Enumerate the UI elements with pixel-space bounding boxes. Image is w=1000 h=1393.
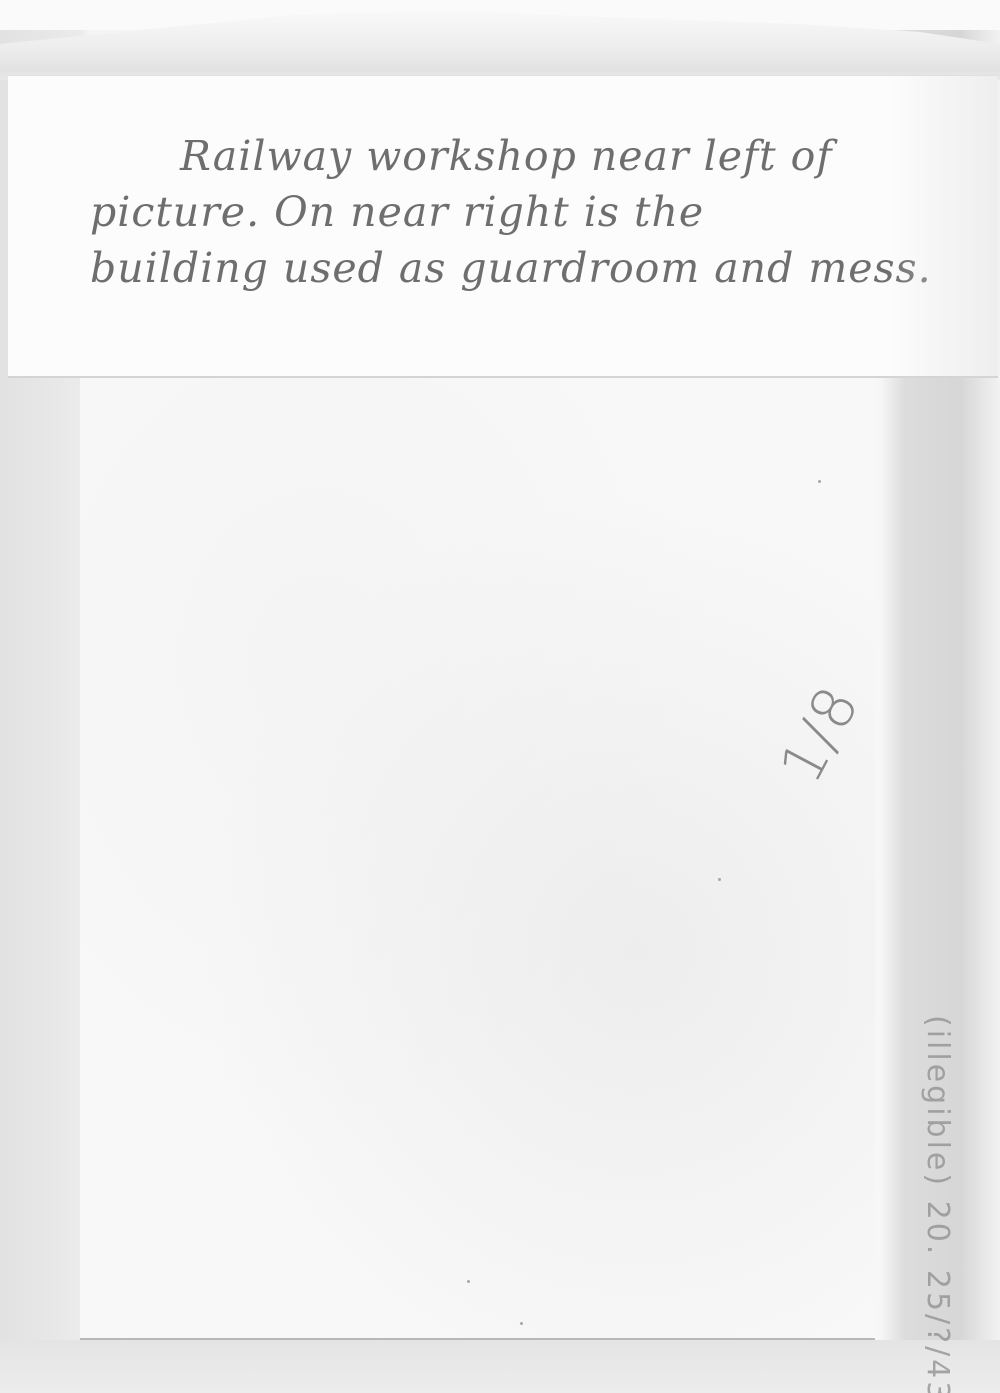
envelope-bottom-edge <box>0 1340 1000 1393</box>
photo-back-paper <box>80 370 875 1338</box>
caption-line: building used as guardroom and mess. <box>90 240 970 296</box>
side-pencil-annotation: (illegible) 20. 25/?/43 <box>920 1015 955 1375</box>
caption-label: Railway workshop near left of picture. O… <box>8 75 998 376</box>
caption-line: Railway workshop near left of <box>90 128 970 184</box>
paper-speck <box>520 1322 523 1325</box>
caption-line: picture. On near right is the <box>90 184 970 240</box>
paper-speck <box>818 480 821 483</box>
paper-speck <box>467 1280 470 1283</box>
handwritten-caption: Railway workshop near left of picture. O… <box>90 128 970 296</box>
paper-speck <box>718 878 721 881</box>
